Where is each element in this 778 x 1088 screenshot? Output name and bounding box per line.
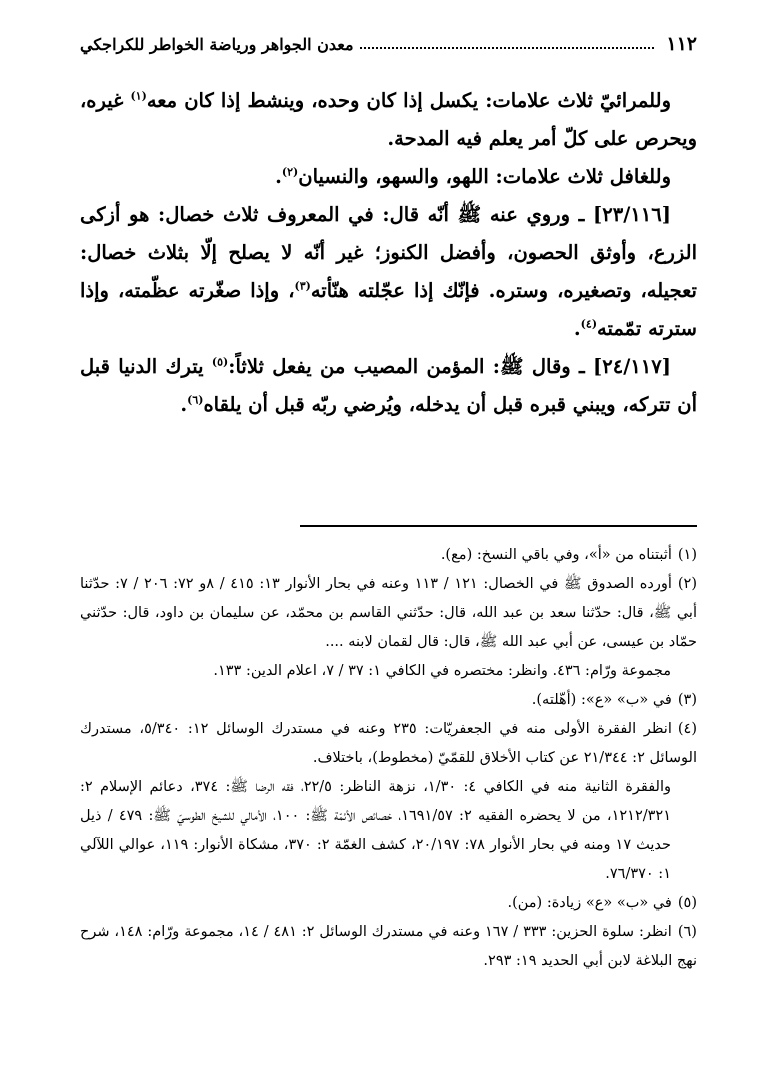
- paragraph-heedless-signs: وللغافل ثلاث علامات: اللهو، والسهو، والن…: [80, 158, 697, 196]
- footnote-1: (١)أثبتناه من «أ»، وفي باقي النسخ: (مع).: [80, 541, 697, 570]
- hadith-text: .: [574, 317, 581, 340]
- footnote-2-continuation: مجموعة ورّام: ٤٣٦. وانظر: مختصره في الكا…: [80, 657, 697, 686]
- footnote-ref[interactable]: (٥): [212, 356, 228, 369]
- paragraph-text: وللغافل ثلاث علامات: اللهو، والسهو، والن…: [298, 165, 671, 188]
- paragraph-text: .: [275, 165, 282, 188]
- footnote-number: (١): [678, 547, 697, 563]
- footnote-6: (٦)انظر: سلوة الحزين: ٣٣٣ / ١٦٧ وعنه في …: [80, 918, 697, 976]
- paragraph-hypocrite-signs: وللمرائيّ ثلاث علامات: يكسل إذا كان وحده…: [80, 82, 697, 158]
- footnote-ref[interactable]: (٦): [187, 394, 203, 407]
- hadith-text: وقال ﷺ: المؤمن المصيب من يفعل ثلاثاً:: [228, 355, 579, 378]
- footnotes: (١)أثبتناه من «أ»، وفي باقي النسخ: (مع).…: [80, 541, 697, 976]
- leader-dots: [360, 35, 655, 49]
- hadith-number: [٢٣/١١٦] ـ: [579, 203, 671, 226]
- footnote-text: أورده الصدوق ﷺ في الخصال: ١٢١ / ١١٣ وعنه…: [80, 576, 697, 650]
- footnote-number: (٥): [678, 895, 697, 911]
- hadith-number: [٢٤/١١٧] ـ: [579, 355, 671, 378]
- main-text: وللمرائيّ ثلاث علامات: يكسل إذا كان وحده…: [80, 82, 697, 424]
- footnote-text: انظر الفقرة الأولى منه في الجعفريّات: ٢٣…: [80, 721, 697, 766]
- footnote-number: (٦): [678, 924, 697, 940]
- footnote-5: (٥)في «ب» «ع» زيادة: (من).: [80, 889, 697, 918]
- footnote-number: (٤): [678, 721, 697, 737]
- footnote-separator: [300, 525, 697, 527]
- hadith-23-116: [٢٣/١١٦] ـ وروي عنه ﷺ أنّه قال: في المعر…: [80, 196, 697, 348]
- footnote-text: انظر: سلوة الحزين: ٣٣٣ / ١٦٧ وعنه في مست…: [80, 924, 697, 969]
- footnote-number: (٢): [678, 576, 697, 592]
- book-page: ١١٢ معدن الجواهر ورياضة الخواطر للكراجكي…: [0, 0, 778, 1088]
- hadith-24-117: [٢٤/١١٧] ـ وقال ﷺ: المؤمن المصيب من يفعل…: [80, 348, 697, 424]
- footnote-3: (٣)في «ب» «ع»: (أهّلته).: [80, 686, 697, 715]
- paragraph-text: وللمرائيّ ثلاث علامات: يكسل إذا كان وحده…: [147, 89, 671, 112]
- running-header: ١١٢ معدن الجواهر ورياضة الخواطر للكراجكي: [80, 30, 697, 58]
- page-number: ١١٢: [660, 33, 697, 55]
- footnote-4: (٤)انظر الفقرة الأولى منه في الجعفريّات:…: [80, 715, 697, 773]
- footnote-ref[interactable]: (٣): [294, 280, 310, 293]
- footnote-text: أثبتناه من «أ»، وفي باقي النسخ: (مع).: [441, 547, 672, 563]
- footnote-text: في «ب» «ع»: (أهّلته).: [532, 692, 672, 708]
- footnote-2: (٢)أورده الصدوق ﷺ في الخصال: ١٢١ / ١١٣ و…: [80, 570, 697, 657]
- footnote-ref[interactable]: (٢): [282, 166, 298, 179]
- footnote-4-continuation: والفقرة الثانية منه في الكافي ٤: ١/٣٠، ن…: [80, 773, 697, 889]
- book-title: معدن الجواهر ورياضة الخواطر للكراجكي: [80, 35, 354, 54]
- footnote-number: (٣): [678, 692, 697, 708]
- footnote-ref[interactable]: (٤): [581, 318, 597, 331]
- footnote-ref[interactable]: (١): [130, 90, 146, 103]
- footnote-text: في «ب» «ع» زيادة: (من).: [507, 895, 671, 911]
